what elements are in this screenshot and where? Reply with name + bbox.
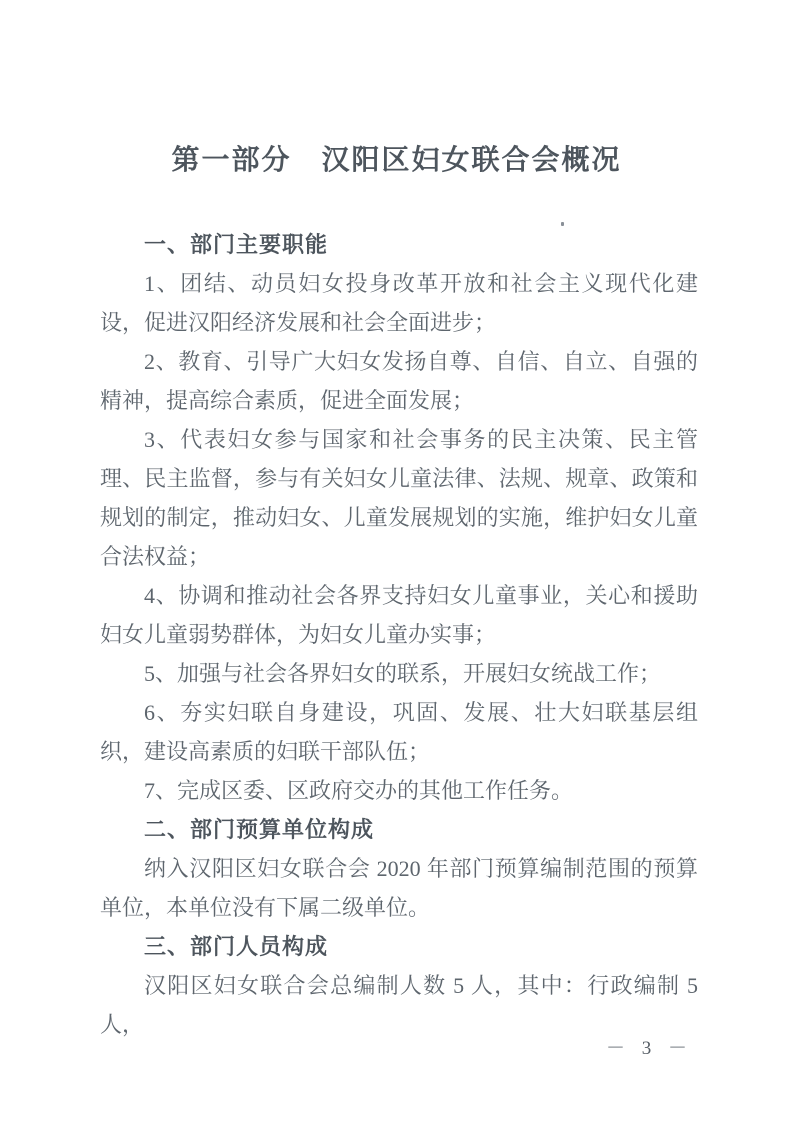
body-paragraph: 纳入汉阳区妇女联合会 2020 年部门预算编制范围的预算单位，本单位没有下属二级… <box>100 849 698 927</box>
body-paragraph: 5、加强与社会各界妇女的联系，开展妇女统战工作； <box>100 654 698 693</box>
body-paragraph: 1、团结、动员妇女投身改革开放和社会主义现代化建设，促进汉阳经济发展和社会全面进… <box>100 264 698 342</box>
page-number: － 3 － <box>606 1033 693 1060</box>
section-heading: 一、部门主要职能 <box>100 225 698 264</box>
section-heading: 三、部门人员构成 <box>100 927 698 966</box>
body-paragraph: 4、协调和推动社会各界支持妇女儿童事业，关心和援助妇女儿童弱势群体，为妇女儿童办… <box>100 576 698 654</box>
body-paragraph: 7、完成区委、区政府交办的其他工作任务。 <box>100 771 698 810</box>
body-paragraph: 3、代表妇女参与国家和社会事务的民主决策、民主管理、民主监督，参与有关妇女儿童法… <box>100 420 698 576</box>
page-title: 第一部分 汉阳区妇女联合会概况 <box>0 138 793 178</box>
body-paragraph: 6、夯实妇联自身建设，巩固、发展、壮大妇联基层组织，建设高素质的妇联干部队伍； <box>100 693 698 771</box>
document-page: 第一部分 汉阳区妇女联合会概况 一、部门主要职能1、团结、动员妇女投身改革开放和… <box>0 0 793 1123</box>
body-paragraph: 2、教育、引导广大妇女发扬自尊、自信、自立、自强的精神，提高综合素质，促进全面发… <box>100 342 698 420</box>
section-heading: 二、部门预算单位构成 <box>100 810 698 849</box>
document-body: 一、部门主要职能1、团结、动员妇女投身改革开放和社会主义现代化建设，促进汉阳经济… <box>100 225 698 1044</box>
